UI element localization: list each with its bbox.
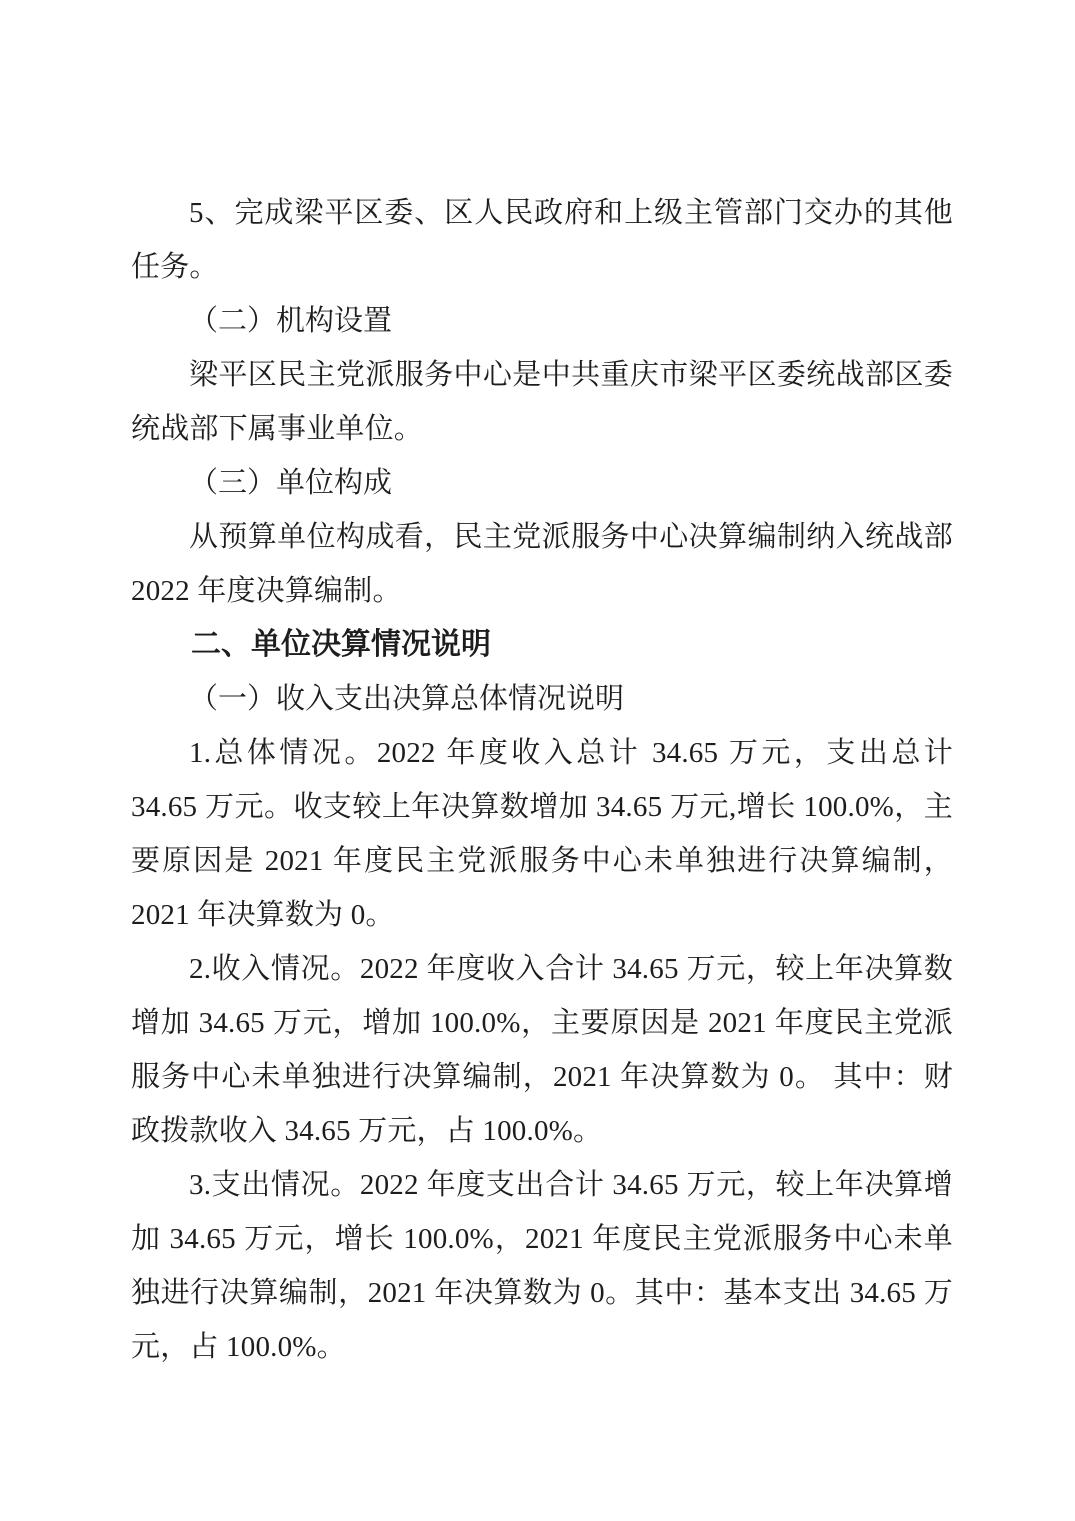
paragraph-other-tasks: 5、完成梁平区委、区人民政府和上级主管部门交办的其他任务。 — [131, 186, 953, 294]
heading-org-setup: （二）机构设置 — [131, 294, 953, 348]
paragraph-unit-composition: 从预算单位构成看，民主党派服务中心决算编制纳入统战部 2022 年度决算编制。 — [131, 510, 953, 618]
paragraph-org-description: 梁平区民主党派服务中心是中共重庆市梁平区委统战部区委统战部下属事业单位。 — [131, 348, 953, 456]
heading-final-accounts-explanation: 二、单位决算情况说明 — [131, 618, 953, 672]
paragraph-income-situation: 2.收入情况。2022 年度收入合计 34.65 万元，较上年决算数增加 34.… — [131, 942, 953, 1158]
heading-income-expense-overview: （一）收入支出决算总体情况说明 — [131, 672, 953, 726]
document-page: 5、完成梁平区委、区人民政府和上级主管部门交办的其他任务。 （二）机构设置 梁平… — [0, 0, 1075, 1521]
heading-unit-composition: （三）单位构成 — [131, 456, 953, 510]
paragraph-overall-situation: 1.总体情况。2022 年度收入总计 34.65 万元，支出总计 34.65 万… — [131, 726, 953, 942]
paragraph-expenditure-situation: 3.支出情况。2022 年度支出合计 34.65 万元，较上年决算增加 34.6… — [131, 1158, 953, 1374]
